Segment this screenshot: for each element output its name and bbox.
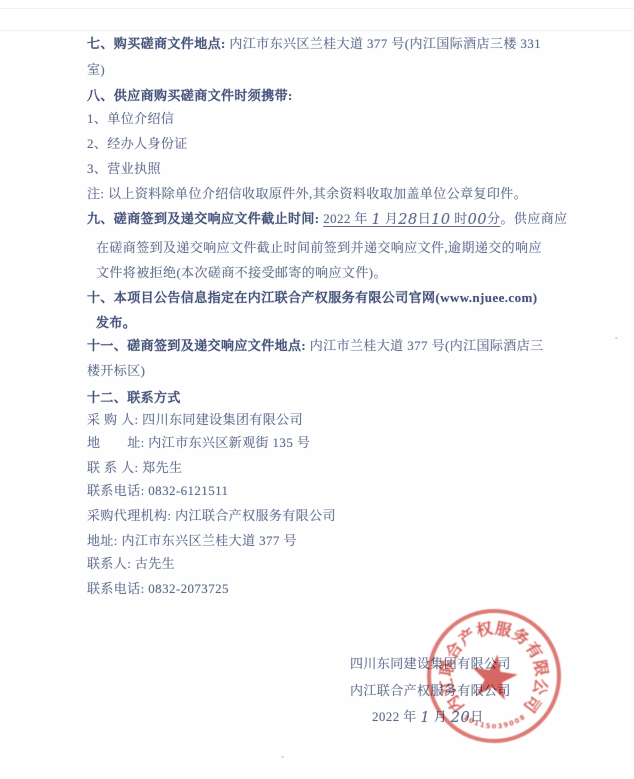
line-item8-list-1: 1、单位介绍信	[87, 110, 174, 128]
item9-cont1-text: 在磋商签到及递交响应文件截止时间前签到并递交响应文件,逾期递交的响应	[96, 240, 542, 255]
scan-speck	[281, 756, 284, 758]
deadline-date: 2022 年 1 月28日10 时00分	[323, 211, 500, 226]
item8-heading: 八、供应商购买磋商文件时须携带:	[87, 88, 293, 103]
line-buyer-address: 地 址: 内江市东兴区新观街 135 号	[87, 434, 310, 452]
note-text: 注: 以上资料除单位介绍信收取原件外,其余资料收取加盖单位公章复印件。	[87, 186, 527, 201]
line-item7: 七、购买磋商文件地点: 内江市东兴区兰桂大道 377 号(内江国际酒店三楼 33…	[87, 35, 541, 53]
deadline-day-char: 日	[418, 211, 431, 226]
item11-address-cont: 楼开标区)	[87, 363, 145, 378]
line-item9-cont1: 在磋商签到及递交响应文件截止时间前签到并递交响应文件,逾期递交的响应	[96, 239, 542, 257]
line-item8-list-2: 2、经办人身份证	[87, 135, 188, 153]
item7-heading: 七、购买磋商文件地点:	[87, 36, 226, 51]
line-buyer-phone: 联系电话: 0832-6121511	[87, 482, 228, 500]
item10-text: 十、本项目公告信息指定在内江联合产权服务有限公司官网(www.njuee.com…	[87, 290, 537, 305]
deadline-year: 2022 年	[323, 211, 371, 226]
line-agency-phone: 联系电话: 0832-2073725	[87, 580, 229, 598]
required-doc-1: 1、单位介绍信	[87, 111, 174, 126]
agency-contact-value: 古先生	[135, 556, 175, 571]
item7-address: 内江市东兴区兰桂大道 377 号(内江国际酒店三楼 331	[226, 36, 541, 51]
item12-heading: 十二、联系方式	[87, 390, 181, 405]
line-buyer-contact: 联 系 人: 郑先生	[87, 459, 182, 477]
handwritten-hour: 10	[431, 212, 450, 228]
buyer-label: 采 购 人:	[87, 412, 142, 427]
line-agency-address: 地址: 内江市东兴区兰桂大道 377 号	[87, 532, 297, 550]
line-item10: 十、本项目公告信息指定在内江联合产权服务有限公司官网(www.njuee.com…	[87, 289, 537, 307]
agency-phone-label: 联系电话:	[87, 581, 148, 596]
line-item11: 十一、磋商签到及递交响应文件地点: 内江市兰桂大道 377 号(内江国际酒店三	[87, 337, 544, 355]
line-agency-name: 采购代理机构: 内江联合产权服务有限公司	[87, 507, 336, 525]
buyer-address-label: 地 址:	[87, 435, 148, 450]
scan-speck	[615, 337, 618, 339]
line-item8-note: 注: 以上资料除单位介绍信收取原件外,其余资料收取加盖单位公章复印件。	[87, 185, 527, 203]
line-buyer-name: 采 购 人: 四川东同建设集团有限公司	[87, 411, 303, 429]
line-item9: 九、磋商签到及递交响应文件截止时间: 2022 年 1 月28日10 时00分。…	[87, 210, 568, 228]
agency-phone-value: 0832-2073725	[148, 581, 229, 596]
line-item11-cont: 楼开标区)	[87, 362, 145, 380]
deadline-hour-char: 时	[451, 211, 468, 226]
agency-address-label: 地址:	[87, 533, 121, 548]
item11-heading: 十一、磋商签到及递交响应文件地点:	[87, 338, 310, 353]
item11-address: 内江市兰桂大道 377 号(内江国际酒店三	[310, 338, 544, 353]
required-doc-3: 3、营业执照	[87, 161, 161, 176]
buyer-address-value: 内江市东兴区新观街 135 号	[148, 435, 310, 450]
item9-heading: 九、磋商签到及递交响应文件截止时间:	[87, 211, 323, 226]
signature-date-year: 2022 年	[372, 709, 420, 724]
agency-label: 采购代理机构:	[87, 508, 175, 523]
buyer-contact-value: 郑先生	[142, 460, 182, 475]
buyer-phone-value: 0832-6121511	[148, 483, 228, 498]
line-item7-cont: 室)	[87, 61, 105, 79]
deadline-minute-char: 分	[487, 211, 500, 226]
item7-address-cont: 室)	[87, 62, 105, 77]
line-item8: 八、供应商购买磋商文件时须携带:	[87, 87, 293, 105]
agency-address-value: 内江市东兴区兰桂大道 377 号	[121, 533, 296, 548]
deadline-month-char: 月	[381, 211, 398, 226]
buyer-phone-label: 联系电话:	[87, 483, 148, 498]
buyer-value: 四川东同建设集团有限公司	[142, 412, 303, 427]
official-stamp: 内江联合产权服务有限公司 ★ 10115039008	[427, 609, 561, 743]
item9-cont2-text: 文件将被拒绝(本次磋商不接受邮寄的响应文件)。	[96, 265, 387, 280]
item9-tail: 。供应商应	[501, 211, 568, 226]
item10-cont-text: 发布。	[96, 315, 136, 330]
line-item8-list-3: 3、营业执照	[87, 160, 161, 178]
handwritten-day: 28	[398, 212, 417, 228]
handwritten-sig-month: 1	[420, 710, 430, 726]
handwritten-month: 1	[372, 212, 382, 228]
agency-contact-label: 联系人:	[87, 556, 135, 571]
required-doc-2: 2、经办人身份证	[87, 136, 188, 151]
agency-value: 内江联合产权服务有限公司	[175, 508, 336, 523]
scan-artifact-line	[0, 8, 634, 9]
scan-artifact-line	[0, 30, 634, 31]
stamp-star-icon: ★	[463, 644, 526, 712]
line-agency-contact: 联系人: 古先生	[87, 555, 175, 573]
buyer-contact-label: 联 系 人:	[87, 460, 142, 475]
line-item9-cont2: 文件将被拒绝(本次磋商不接受邮寄的响应文件)。	[96, 264, 387, 282]
document-page: 七、购买磋商文件地点: 内江市东兴区兰桂大道 377 号(内江国际酒店三楼 33…	[0, 0, 634, 779]
line-item12: 十二、联系方式	[87, 389, 181, 407]
handwritten-minute: 00	[468, 212, 487, 228]
line-item10-cont: 发布。	[96, 314, 136, 332]
